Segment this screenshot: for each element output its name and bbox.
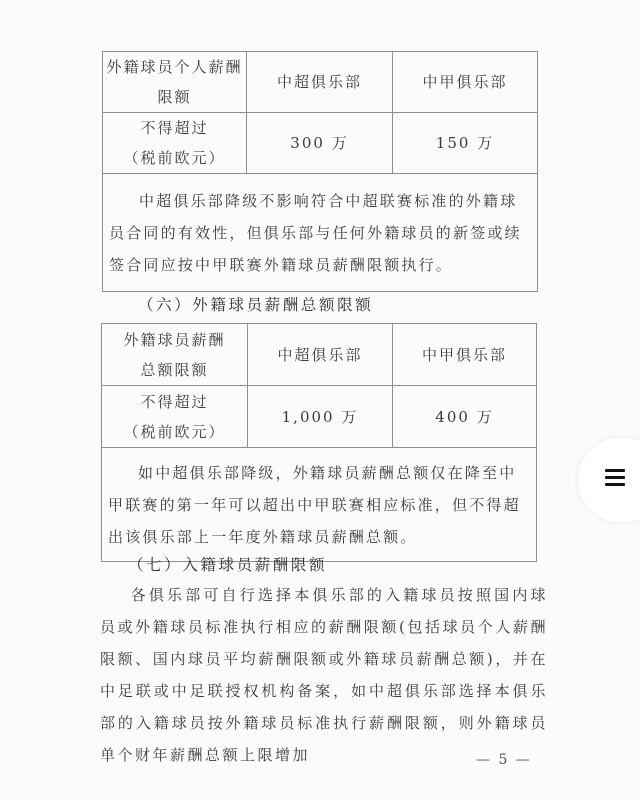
- label-line: 外籍球员薪酬: [102, 325, 247, 355]
- row-label-cell: 外籍球员薪酬 总额限额: [102, 324, 248, 386]
- table-row: 不得超过 （税前欧元） 300 万 150 万: [103, 113, 538, 174]
- foreign-player-total-salary-table: 外籍球员薪酬 总额限额 中超俱乐部 中甲俱乐部 不得超过 （税前欧元） 1,00…: [101, 323, 537, 562]
- cl1-value-cell: 150 万: [393, 113, 538, 174]
- row-label-cell: 不得超过 （税前欧元）: [103, 113, 247, 174]
- menu-icon: [605, 469, 625, 489]
- label-line: 不得超过: [102, 387, 247, 417]
- table-header-row: 外籍球员个人薪酬 限额 中超俱乐部 中甲俱乐部: [103, 52, 538, 113]
- column-header-csl: 中超俱乐部: [248, 324, 393, 386]
- cl1-value-cell: 400 万: [393, 386, 537, 448]
- label-line: 外籍球员个人薪酬: [103, 52, 246, 82]
- section-6-heading: （六）外籍球员薪酬总额限额: [138, 293, 373, 315]
- table-note-row: 如中超俱乐部降级，外籍球员薪酬总额仅在降至中甲联赛的第一年可以超出中甲联赛相应标…: [102, 448, 537, 562]
- table-header-row: 外籍球员薪酬 总额限额 中超俱乐部 中甲俱乐部: [102, 324, 537, 386]
- table-note: 中超俱乐部降级不影响符合中超联赛标准的外籍球员合同的有效性，但俱乐部与任何外籍球…: [103, 174, 538, 292]
- label-line: 总额限额: [102, 355, 247, 385]
- document-page: 外籍球员个人薪酬 限额 中超俱乐部 中甲俱乐部 不得超过 （税前欧元） 300 …: [0, 0, 640, 800]
- csl-value-cell: 300 万: [247, 113, 393, 174]
- column-header-cl1: 中甲俱乐部: [393, 52, 538, 113]
- column-header-csl: 中超俱乐部: [247, 52, 393, 113]
- floating-menu-button[interactable]: [578, 438, 640, 522]
- row-label-cell: 外籍球员个人薪酬 限额: [103, 52, 247, 113]
- row-label-cell: 不得超过 （税前欧元）: [102, 386, 248, 448]
- note-text: 如中超俱乐部降级，外籍球员薪酬总额仅在降至中甲联赛的第一年可以超出中甲联赛相应标…: [108, 464, 521, 546]
- section-7-heading: （七）入籍球员薪酬限额: [128, 553, 327, 575]
- csl-value-cell: 1,000 万: [248, 386, 393, 448]
- paragraph-text: 各俱乐部可自行选择本俱乐部的入籍球员按照国内球员或外籍球员标准执行相应的薪酬限额…: [100, 586, 548, 764]
- table-note: 如中超俱乐部降级，外籍球员薪酬总额仅在降至中甲联赛的第一年可以超出中甲联赛相应标…: [102, 448, 537, 562]
- foreign-player-individual-salary-table: 外籍球员个人薪酬 限额 中超俱乐部 中甲俱乐部 不得超过 （税前欧元） 300 …: [102, 51, 538, 292]
- table-note-row: 中超俱乐部降级不影响符合中超联赛标准的外籍球员合同的有效性，但俱乐部与任何外籍球…: [103, 174, 538, 292]
- column-header-cl1: 中甲俱乐部: [393, 324, 537, 386]
- label-line: （税前欧元）: [102, 417, 247, 447]
- label-line: （税前欧元）: [103, 143, 246, 173]
- label-line: 不得超过: [103, 113, 246, 143]
- table-row: 不得超过 （税前欧元） 1,000 万 400 万: [102, 386, 537, 448]
- note-text: 中超俱乐部降级不影响符合中超联赛标准的外籍球员合同的有效性，但俱乐部与任何外籍球…: [109, 192, 522, 274]
- label-line: 限额: [103, 82, 246, 112]
- section-7-paragraph: 各俱乐部可自行选择本俱乐部的入籍球员按照国内球员或外籍球员标准执行相应的薪酬限额…: [100, 579, 548, 771]
- page-number: — 5 —: [476, 752, 532, 768]
